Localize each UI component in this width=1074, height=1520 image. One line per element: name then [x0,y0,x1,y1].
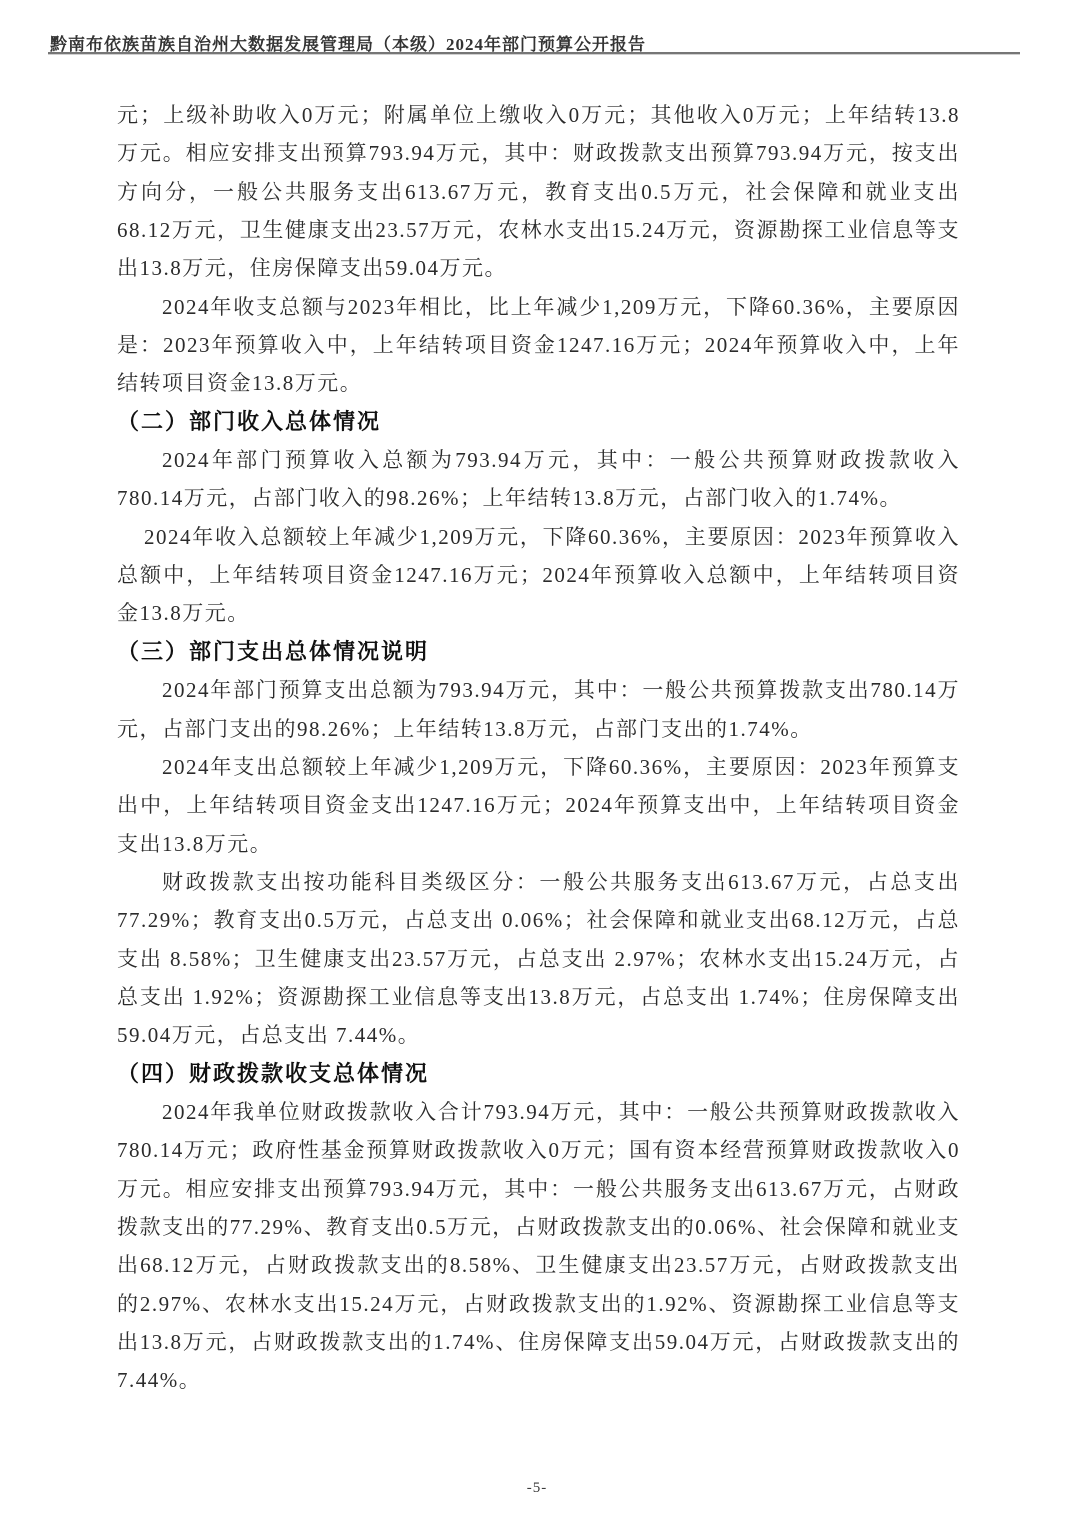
document-body: 元；上级补助收入0万元；附属单位上缴收入0万元；其他收入0万元；上年结转13.8… [117,96,960,1400]
paragraph-total-change-vs-2023: 2024年收支总额与2023年相比，比上年减少1,209万元，下降60.36%，… [117,288,960,403]
document-page: 黔南布依族苗族自治州大数据发展管理局（本级）2024年部门预算公开报告 元；上级… [0,0,1074,1520]
paragraph-income-decrease-reason: 2024年收入总额较上年减少1,209万元，下降60.36%，主要原因：2023… [117,518,960,633]
paragraph-fiscal-appropriation-detail: 2024年我单位财政拨款收入合计793.94万元，其中：一般公共预算财政拨款收入… [117,1093,960,1400]
section-heading-expense-overview: （三）部门支出总体情况说明 [117,633,960,671]
paragraph-carryover-income-expense: 元；上级补助收入0万元；附属单位上缴收入0万元；其他收入0万元；上年结转13.8… [117,96,960,288]
header-divider-line [48,52,1020,55]
paragraph-expense-decrease-reason: 2024年支出总额较上年减少1,209万元，下降60.36%，主要原因：2023… [117,748,960,863]
paragraph-expense-by-function: 财政拨款支出按功能科目类级区分：一般公共服务支出613.67万元，占总支出77.… [117,863,960,1055]
paragraph-income-total: 2024年部门预算收入总额为793.94万元，其中：一般公共预算财政拨款收入78… [117,441,960,518]
page-number: -5- [0,1480,1074,1497]
section-heading-income-overview: （二）部门收入总体情况 [117,403,960,441]
paragraph-expense-total: 2024年部门预算支出总额为793.94万元，其中：一般公共预算拨款支出780.… [117,671,960,748]
section-heading-fiscal-appropriation: （四）财政拨款收支总体情况 [117,1055,960,1093]
